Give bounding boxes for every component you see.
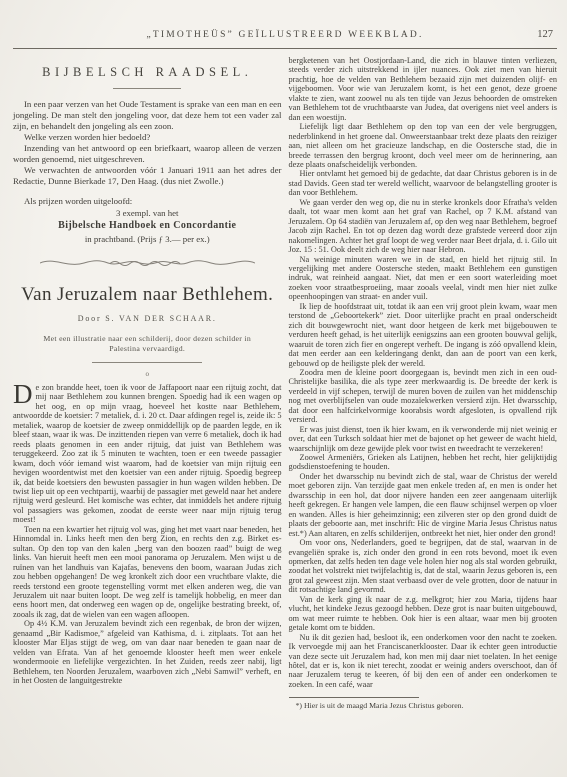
prize-book-title: Bijbelsche Handboek en Concordantie xyxy=(13,219,282,233)
article-paragraph: Onder het dwarsschip nu bevindt zich de … xyxy=(289,472,558,538)
article-paragraph: Toen na een kwartier het rijtuig vol was… xyxy=(13,525,282,620)
article-paragraph: Om voor ons, Nederlanders, goed te begri… xyxy=(289,538,558,595)
page-number: 127 xyxy=(537,29,553,40)
divider-o-glyph: o xyxy=(146,370,150,378)
article-byline: Door S. VAN DER SCHAAR. xyxy=(13,314,282,323)
riddle-paragraph: In een paar verzen van het Oude Testamen… xyxy=(13,99,282,132)
heading-rule xyxy=(113,88,181,89)
riddle-paragraph: We verwachten de antwoorden vóór 1 Janua… xyxy=(13,165,282,187)
article-paragraph: Na weinige minuten waren we in de stad, … xyxy=(289,255,558,302)
page-header: „TIMOTHEÜS” GEÏLLUSTREERD WEEKBLAD. 127 xyxy=(13,30,557,44)
divider-line xyxy=(92,362,202,363)
dropcap-letter: D xyxy=(13,383,36,404)
riddle-paragraph: Welke verzen worden hier bedoeld? xyxy=(13,132,282,143)
section-divider: o xyxy=(92,362,202,381)
article-paragraph: Zoodra men de kleine poort doorgegaan is… xyxy=(289,368,558,425)
two-column-layout: BIJBELSCH RAADSEL. In een paar verzen va… xyxy=(13,56,557,711)
article-note: Met een illustratie naar een schilderij,… xyxy=(28,334,266,354)
header-rule xyxy=(13,48,557,49)
riddle-heading: BIJBELSCH RAADSEL. xyxy=(13,65,282,80)
article-paragraph: Zoowel Armeniërs, Grieken als Latijnen, … xyxy=(289,453,558,472)
left-column: BIJBELSCH RAADSEL. In een paar verzen va… xyxy=(13,56,282,711)
article-paragraph: Ik liep de hoofdstraat uit, totdat ik aa… xyxy=(289,302,558,368)
magazine-page: „TIMOTHEÜS” GEÏLLUSTREERD WEEKBLAD. 127 … xyxy=(0,0,567,711)
article-paragraph: Van de kerk ging ik naar de z.g. melkgro… xyxy=(289,595,558,633)
article-paragraph: Op 4½ K.M. van Jeruzalem bevindt zich ee… xyxy=(13,619,282,685)
article-paragraph: Nu ik dit gezien had, besloot ik, een on… xyxy=(289,633,558,690)
article-paragraph: De zon brandde heet, toen ik voor de Jaf… xyxy=(13,383,282,525)
article-title: Van Jeruzalem naar Bethlehem. xyxy=(13,284,282,306)
footnote-rule xyxy=(289,697,419,698)
footnote: *) Hier is uit de maagd Maria Jezus Chri… xyxy=(289,701,558,711)
article-paragraph: We gaan verder den weg op, die nu in ste… xyxy=(289,198,558,255)
prize-line: 3 exempl. van het xyxy=(13,207,282,219)
article-paragraph: Er was juist dienst, toen ik hier kwam, … xyxy=(289,425,558,453)
prize-intro: Als prijzen worden uitgeloofd: xyxy=(13,196,282,207)
article-paragraph: bergketenen van het Oostjordaan-Land, di… xyxy=(289,56,558,122)
prize-line: in prachtband. (Prijs ƒ 3.— per ex.) xyxy=(13,233,282,245)
right-column: bergketenen van het Oostjordaan-Land, di… xyxy=(289,56,558,711)
masthead-title: „TIMOTHEÜS” GEÏLLUSTREERD WEEKBLAD. xyxy=(146,30,423,40)
article-paragraph: Hier ontvlamt het gemoed bij de gedachte… xyxy=(289,169,558,197)
article-paragraph: Liefelijk ligt daar Bethlehem op den top… xyxy=(289,122,558,169)
riddle-paragraph: Inzending van het antwoord op een briefk… xyxy=(13,143,282,165)
prize-block: Als prijzen worden uitgeloofd: 3 exempl.… xyxy=(13,196,282,245)
ornament-divider-icon xyxy=(13,256,282,274)
paragraph-text: e zon brandde heet, toen ik voor de Jaff… xyxy=(13,383,282,524)
